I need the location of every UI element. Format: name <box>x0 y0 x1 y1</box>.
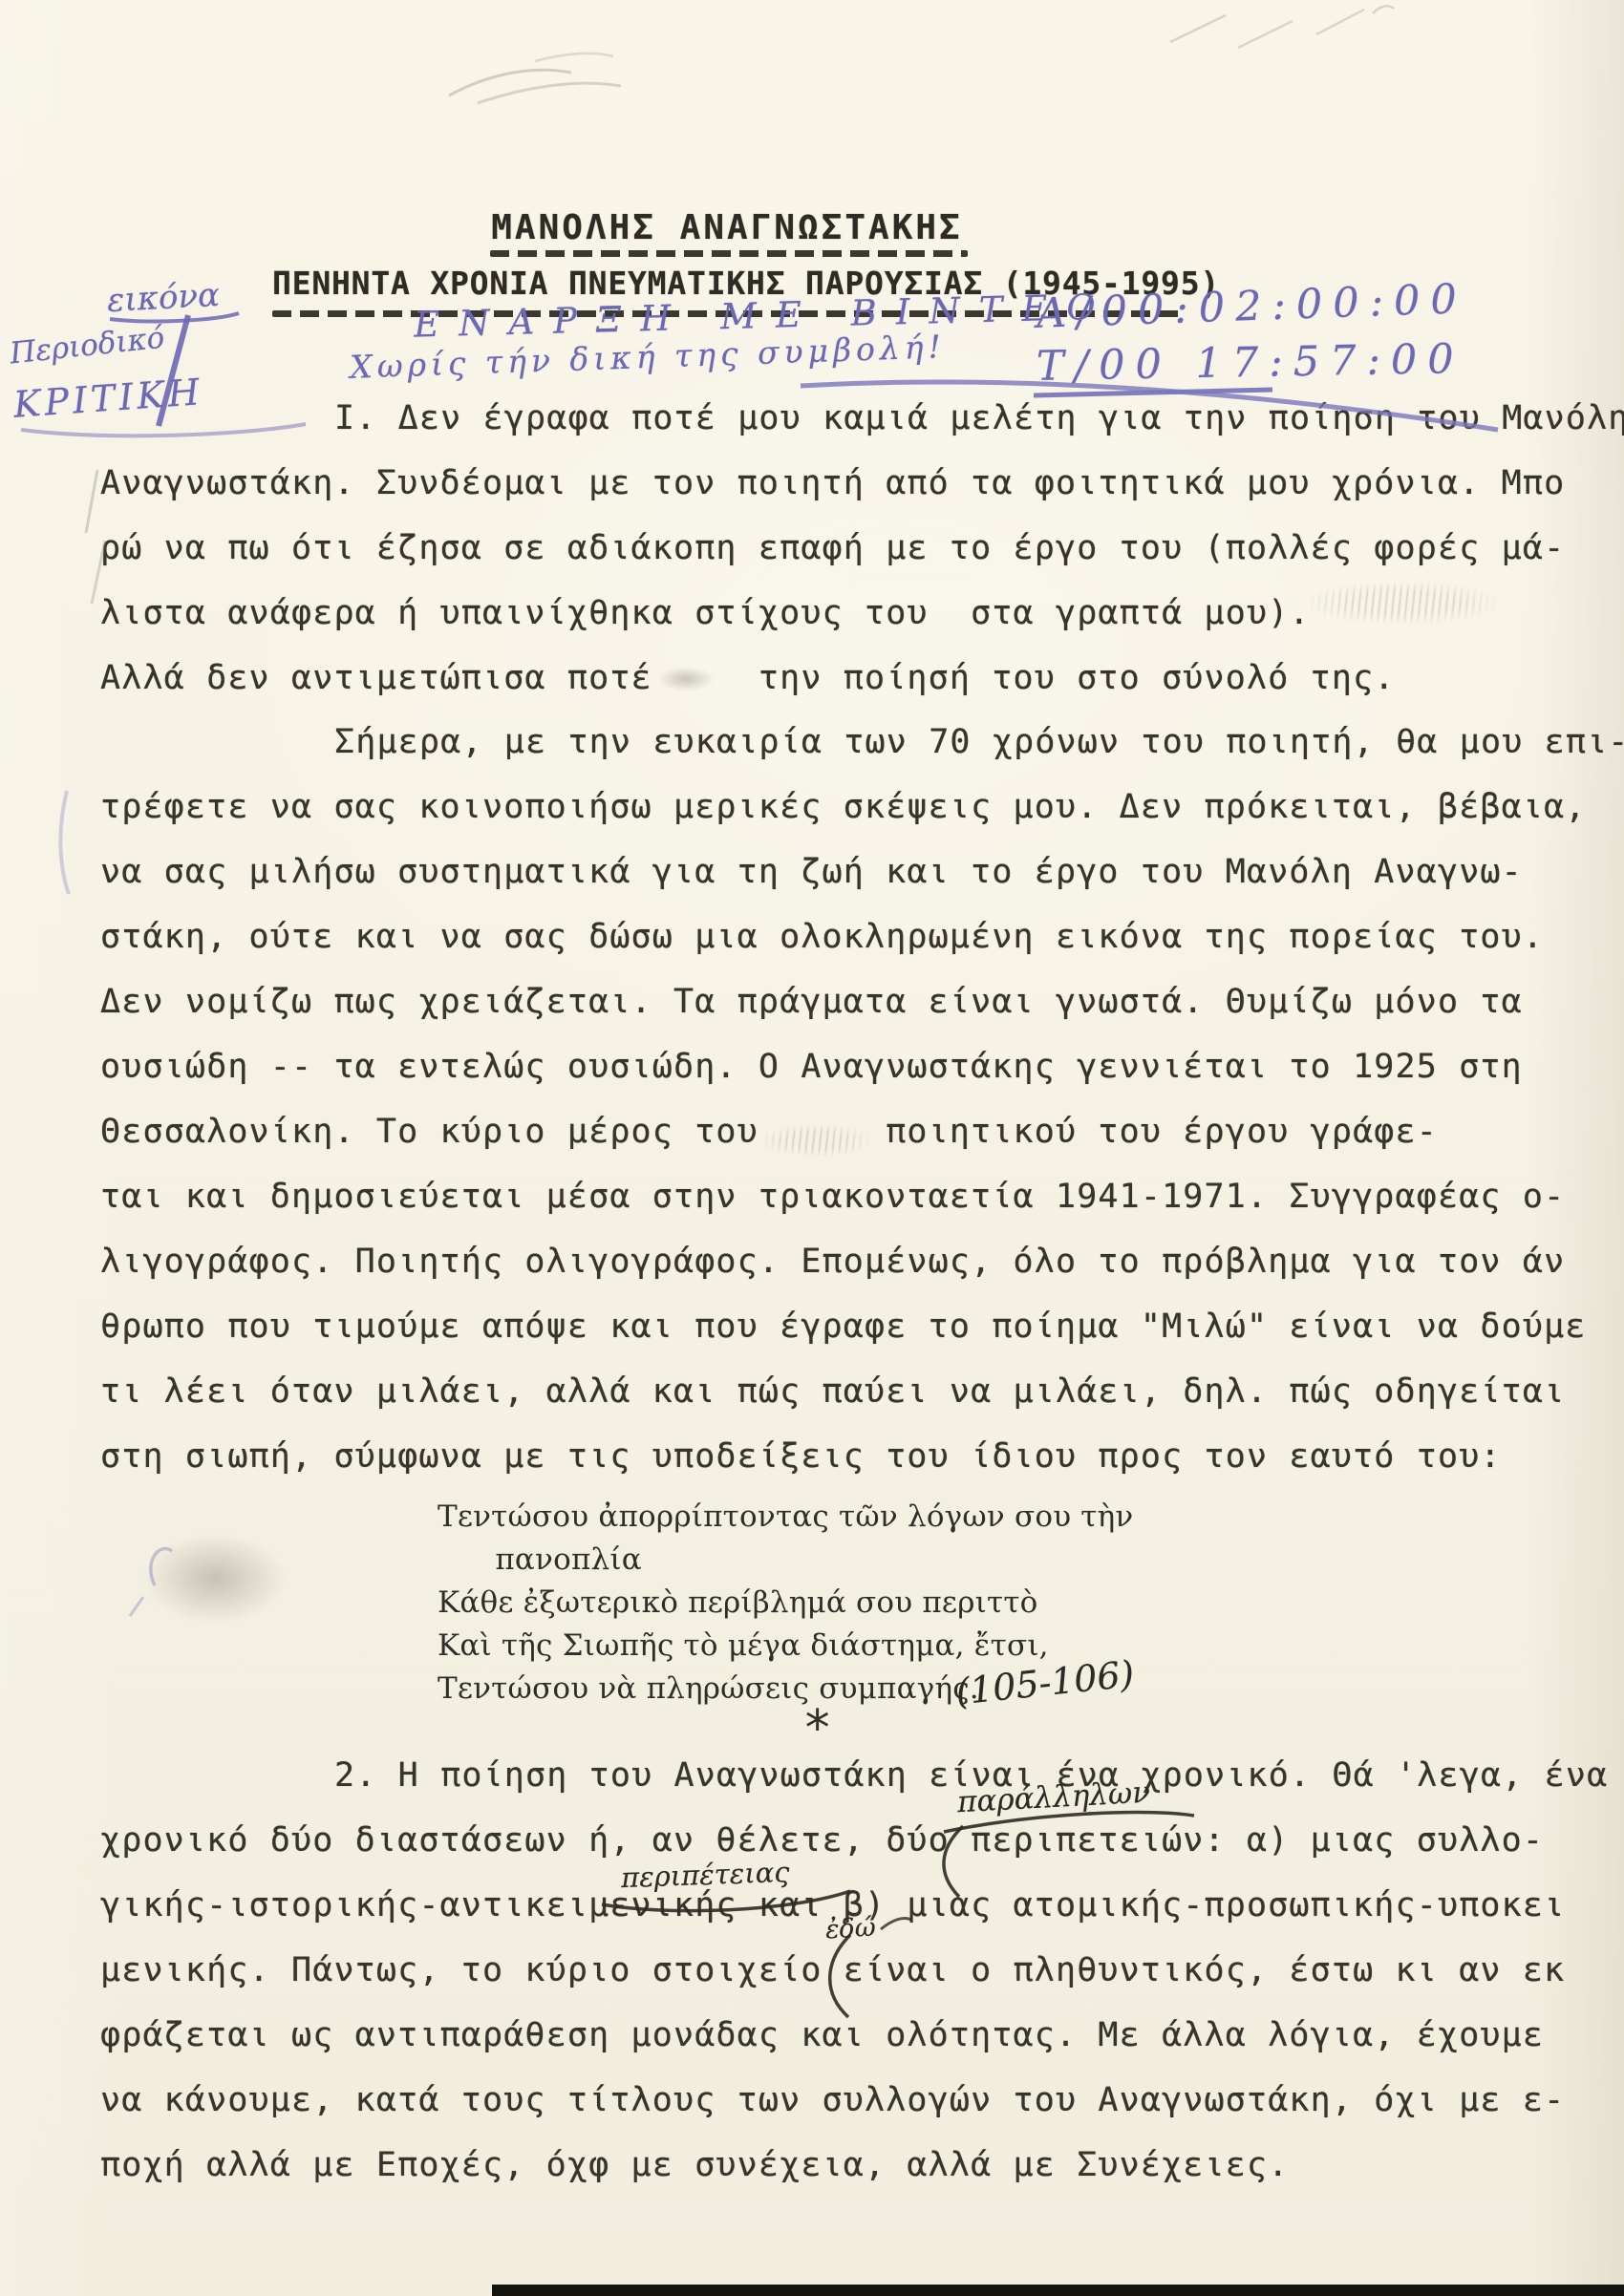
typed-line: μενικής. Πάντως, το κύριο στοιχείο είναι… <box>100 1938 1610 2003</box>
typed-line: 2. Η ποίηση του Αναγνωστάκη είναι ένα χρ… <box>100 1743 1610 1808</box>
typed-line: πανοπλία <box>438 1539 1488 1582</box>
typed-line: τρέφετε να σας κοινοποιήσω μερικές σκέψε… <box>100 775 1610 840</box>
typed-line: Κάθε ἐξωτερικὸ περίβλημά σου περιττὸ <box>438 1582 1488 1625</box>
typed-line: τι λέει όταν μιλάει, αλλά και πώς παύει … <box>100 1359 1610 1424</box>
typed-line: Αναγνωστάκη. Συνδέομαι με τον ποιητή από… <box>100 451 1610 516</box>
paragraph-1: Ι. Δεν έγραφα ποτέ μου καμιά μελέτη για … <box>100 386 1610 711</box>
margin-smudge-poem <box>143 1533 287 1624</box>
typed-line: ται και δημοσιεύεται μέσα στην τριακοντα… <box>100 1164 1610 1229</box>
typed-line: λιγογράφος. Ποιητής ολιγογράφος. Επομένω… <box>100 1229 1610 1294</box>
typed-line: χρονικό δύο διαστάσεων ή, αν θέλετε, δύο… <box>100 1808 1610 1873</box>
paragraph-2: Σήμερα, με την ευκαιρία των 70 χρόνων το… <box>100 710 1610 1489</box>
timecode-t: Τ/00 17:57:00 <box>1036 335 1464 391</box>
typed-line: θρωπο που τιμούμε απόψε και που έγραφε τ… <box>100 1294 1610 1359</box>
typed-line: να κάνουμε, κατά τους τίτλους των συλλογ… <box>100 2068 1610 2133</box>
typed-line: ουσιώδη -- τα εντελώς ουσιώδη. Ο Αναγνωσ… <box>100 1034 1610 1099</box>
insertion-edo: ἐδώ <box>824 1913 876 1945</box>
typed-line: ποχή αλλά με Εποχές, όχφ με συνέχεια, αλ… <box>100 2133 1610 2198</box>
insertion-peripeteias: περιπέτειας <box>620 1856 790 1894</box>
margin-note-periodiko: Περιοδικό <box>9 321 166 372</box>
document-title: ΜΑΝΟΛΗΣ ΑΝΑΓΝΩΣΤΑΚΗΣ <box>272 208 1182 247</box>
typed-line: να σας μιλήσω συστηματικά για τη ζωή και… <box>100 840 1610 904</box>
title-underline <box>490 250 968 257</box>
typed-line: Καὶ τῆς Σιωπῆς τὸ μέγα διάστημα, ἔτσι, <box>438 1625 1488 1668</box>
typed-line: ρώ να πω ότι έζησα σε αδιάκοπη επαφή με … <box>100 516 1610 581</box>
typed-line: Ι. Δεν έγραφα ποτέ μου καμιά μελέτη για … <box>100 386 1610 451</box>
typed-line: Δεν νομίζω πως χρειάζεται. Τα πράγματα ε… <box>100 969 1610 1034</box>
scan-edge-strip <box>492 2285 1624 2296</box>
typed-line: στη σιωπή, σύμφωνα με τις υποδείξεις του… <box>100 1424 1610 1489</box>
typed-line: Αλλά δεν αντιμετώπισα ποτέ την ποίησή το… <box>100 646 1610 711</box>
typed-line: στάκη, ούτε και να σας δώσω μια ολοκληρω… <box>100 904 1610 969</box>
typed-line: φράζεται ως αντιπαράθεση μονάδας και ολό… <box>100 2003 1610 2068</box>
erasure-smudge-line4 <box>1309 583 1495 623</box>
erasure-smudge-line5 <box>657 667 715 691</box>
typed-line: Σήμερα, με την ευκαιρία των 70 χρόνων το… <box>100 710 1610 775</box>
erasure-smudge-erased-word <box>762 1125 869 1156</box>
typed-line: Τεντώσου ἀπορρίπτοντας τῶν λόγων σου τὴν <box>438 1496 1488 1539</box>
document-page: ΜΑΝΟΛΗΣ ΑΝΑΓΝΩΣΤΑΚΗΣ ΠΕΝΗΝΤΑ ΧΡΟΝΙΑ ΠΝΕΥ… <box>0 0 1624 2296</box>
paragraph-3: 2. Η ποίηση του Αναγνωστάκη είναι ένα χρ… <box>100 1743 1610 2198</box>
margin-note-eikona: εικόνα <box>106 276 221 320</box>
